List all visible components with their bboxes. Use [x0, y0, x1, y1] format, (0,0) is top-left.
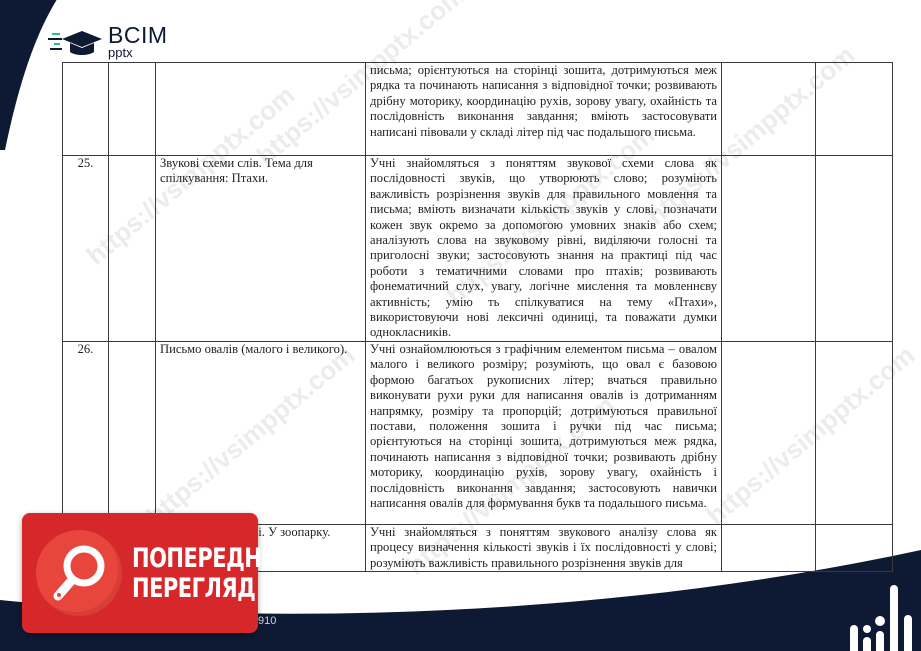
- lesson-note: [816, 341, 893, 524]
- page-number: 910: [258, 615, 276, 627]
- table-row: письма; орієнтуються на сторінці зошита,…: [63, 63, 893, 156]
- lesson-date: [109, 341, 156, 524]
- lesson-note: [816, 156, 893, 342]
- table-row: 25. Звукові схеми слів. Тема для спілкув…: [63, 156, 893, 342]
- preview-line2: ПЕРЕГЛЯД: [132, 573, 286, 603]
- lesson-note: [816, 524, 893, 571]
- lesson-date: [109, 156, 156, 342]
- lesson-topic: [156, 63, 366, 156]
- bars-decoration: [848, 585, 918, 651]
- lesson-outcome: Учні ознайомлюються з графічним елементо…: [366, 341, 722, 524]
- lesson-note: [722, 524, 816, 571]
- lesson-outcome: Учні знайомляться з поняттям звукової сх…: [366, 156, 722, 342]
- lesson-note: [722, 341, 816, 524]
- brand-logo: BCIM pptx: [48, 24, 168, 59]
- preview-line1: ПОПЕРЕДНІЙ: [132, 543, 286, 573]
- lesson-note: [816, 63, 893, 156]
- lesson-topic: Звукові схеми слів. Тема для спілкування…: [156, 156, 366, 342]
- lesson-date: [109, 63, 156, 156]
- lesson-number: [63, 63, 109, 156]
- lesson-topic: Письмо овалів (малого і великого).: [156, 341, 366, 524]
- lesson-outcome: письма; орієнтуються на сторінці зошита,…: [366, 63, 722, 156]
- lesson-note: [722, 156, 816, 342]
- brand-name: BCIM: [108, 24, 168, 47]
- graduation-cap-icon: [48, 27, 104, 57]
- magnifier-icon: [36, 530, 122, 616]
- lesson-note: [722, 63, 816, 156]
- lesson-number: 25.: [63, 156, 109, 342]
- lesson-outcome: Учні знайомляться з поняттям звукового а…: [366, 524, 722, 571]
- preview-badge[interactable]: ПОПЕРЕДНІЙ ПЕРЕГЛЯД: [22, 513, 258, 633]
- lesson-plan-table: письма; орієнтуються на сторінці зошита,…: [62, 62, 893, 572]
- lesson-number: 26.: [63, 341, 109, 524]
- table-row: 26. Письмо овалів (малого і великого). У…: [63, 341, 893, 524]
